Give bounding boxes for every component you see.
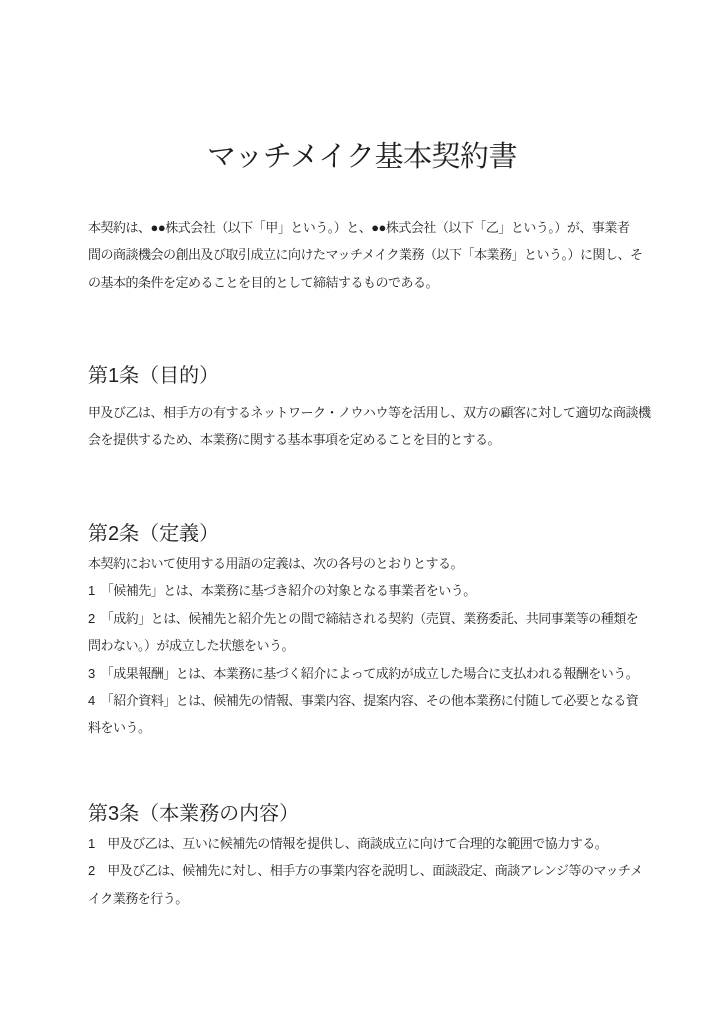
section-1-body: 甲及び乙は、相手方の有するネットワーク・ノウハウ等を活用し、双方の顧客に対して適… [88,399,710,454]
section-2-body: 本契約において使用する用語の定義は、次の各号のとおりとする。 1 「候補先」とは… [88,550,710,742]
section-3-body: 1 甲及び乙は、互いに候補先の情報を提供し、商談成立に向けて合理的な範囲で協力す… [88,830,710,912]
section-3-heading: 第3条（本業務の内容） [88,800,710,828]
section-1-heading: 第1条（目的） [88,362,710,390]
section-2-heading: 第2条（定義） [88,520,710,548]
contract-document-page: マッチメイク基本契約書 本契約は、●●株式会社（以下「甲」という。）と、●●株式… [0,0,724,1024]
preamble-paragraph: 本契約は、●●株式会社（以下「甲」という。）と、●●株式会社（以下「乙」という。… [88,214,710,296]
document-title: マッチメイク基本契約書 [0,139,724,175]
